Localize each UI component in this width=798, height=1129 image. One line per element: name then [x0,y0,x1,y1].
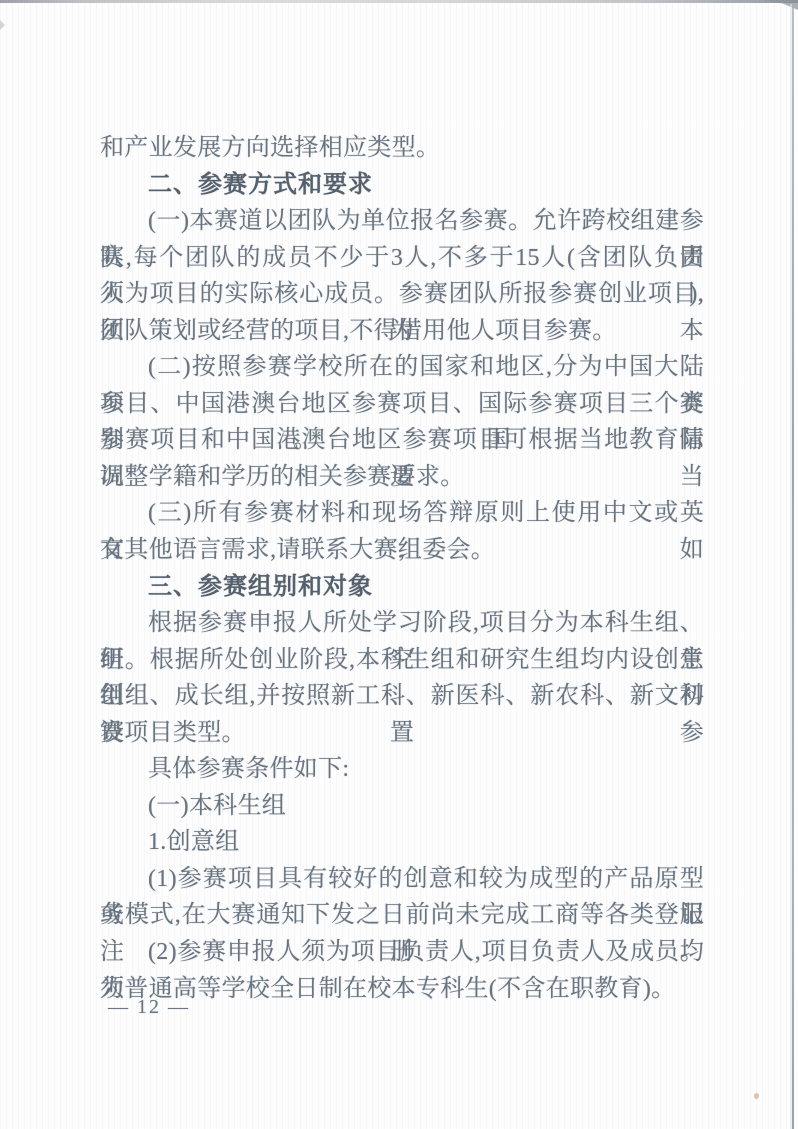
body-line: 队,每个团队的成员不少于3人,不多于15人(含团队负责人), [100,240,704,277]
body-line: 组。根据所处创业阶段,本科生组和研究生组均内设创意组、初 [100,642,704,679]
body-line: 项目、中国港澳台地区参赛项目、国际参赛项目三个类别。国际 [100,386,704,423]
body-line: 须为项目的实际核心成员。参赛团队所报参赛创业项目,须为本 [100,276,704,313]
body-line: (一)本赛道以团队为单位报名参赛。允许跨校组建参赛团 [100,203,704,240]
scan-right-edge-highlight [790,4,792,1129]
scan-top-edge [0,0,798,3]
body-line: 根据参赛申报人所处学习阶段,项目分为本科生组、研究生 [100,605,704,642]
body-line: 为普通高等学校全日制在校本专科生(不含在职教育)。 [100,971,704,1008]
page-number: — 12 — [108,996,190,1019]
scan-dot-artifact [754,1093,759,1099]
scan-speck-icon [0,20,5,30]
subsection-heading-undergraduate: (一)本科生组 [100,788,704,825]
scan-right-edge [792,4,794,1129]
body-line: 务模式,在大赛通知下发之日前尚未完成工商等各类登记注册。 [100,897,704,934]
body-line: 具体参赛条件如下: [100,751,704,788]
subsection-heading-creative-group: 1.创意组 [100,824,704,861]
scanned-document-page: { "document": { "type": "scanned-officia… [0,0,798,1129]
body-line: 创组、成长组,并按照新工科、新医科、新农科、新文科设置参 [100,678,704,715]
body-line: 参赛项目和中国港澳台地区参赛项目可根据当地教育情况适当 [100,422,704,459]
body-line: (二)按照参赛学校所在的国家和地区,分为中国大陆参赛 [100,349,704,386]
body-line: (2)参赛申报人须为项目负责人,项目负责人及成员均须 [100,934,704,971]
body-line: (三)所有参赛材料和现场答辩原则上使用中文或英文,如 [100,495,704,532]
section-heading-2: 二、参赛方式和要求 [100,167,704,204]
body-line: 团队策划或经营的项目,不得借用他人项目参赛。 [100,313,704,350]
body-line: 和产业发展方向选择相应类型。 [100,130,704,167]
body-line: (1)参赛项目具有较好的创意和较为成型的产品原型或服 [100,861,704,898]
section-heading-3: 三、参赛组别和对象 [100,569,704,606]
document-text-block: 和产业发展方向选择相应类型。二、参赛方式和要求(一)本赛道以团队为单位报名参赛。… [100,130,704,1007]
